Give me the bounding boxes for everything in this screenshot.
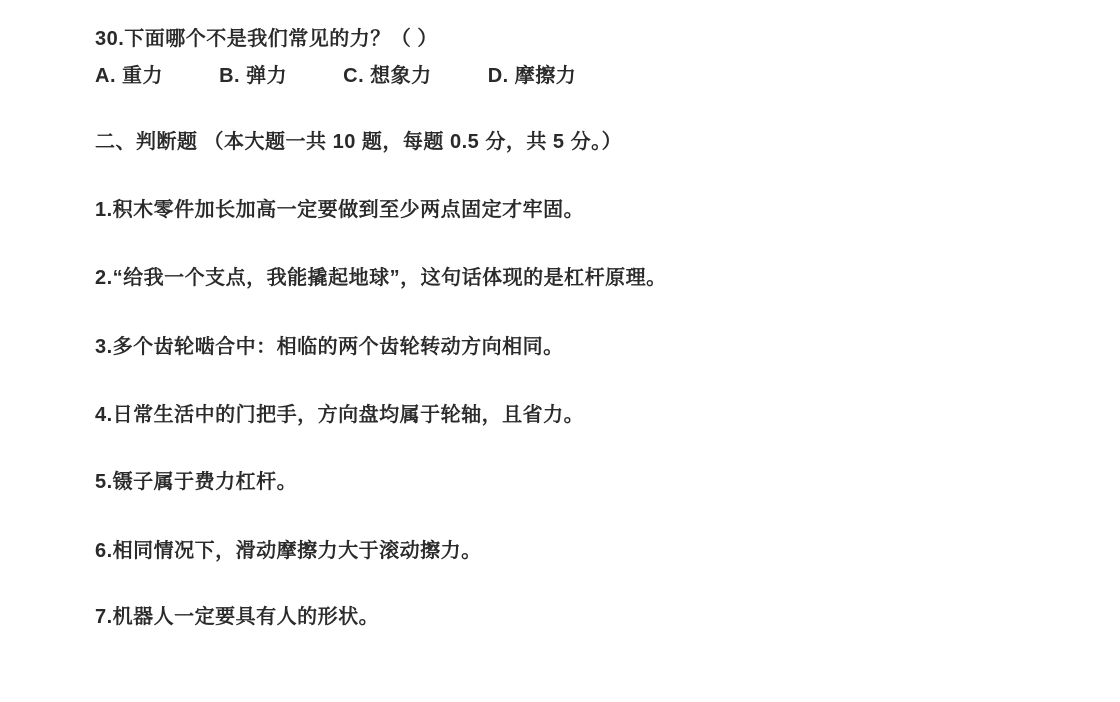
judgment-question-2: 2.“给我一个支点，我能撬起地球”，这句话体现的是杠杆原理。 <box>95 261 667 290</box>
section-header-judgment: 二、判断题 （本大题一共 10 题，每题 0.5 分，共 5 分。） <box>95 125 622 154</box>
option-a: A. 重力 <box>95 59 163 88</box>
judgment-question-1: 1.积木零件加长加高一定要做到至少两点固定才牢固。 <box>95 193 584 222</box>
judgment-question-3: 3.多个齿轮啮合中：相临的两个齿轮转动方向相同。 <box>95 330 564 359</box>
question-30-options: A. 重力 B. 弹力 C. 想象力 D. 摩擦力 <box>95 59 576 88</box>
option-b: B. 弹力 <box>219 59 287 88</box>
judgment-question-7: 7.机器人一定要具有人的形状。 <box>95 600 379 629</box>
judgment-question-6: 6.相同情况下，滑动摩擦力大于滚动擦力。 <box>95 534 482 563</box>
option-d: D. 摩擦力 <box>488 59 577 88</box>
option-c: C. 想象力 <box>343 59 432 88</box>
exam-page: 30.下面哪个不是我们常见的力？（ ） A. 重力 B. 弹力 C. 想象力 D… <box>0 0 1120 702</box>
question-30-stem: 30.下面哪个不是我们常见的力？（ ） <box>95 22 438 51</box>
judgment-question-5: 5.镊子属于费力杠杆。 <box>95 465 297 494</box>
judgment-question-4: 4.日常生活中的门把手，方向盘均属于轮轴，且省力。 <box>95 398 584 427</box>
